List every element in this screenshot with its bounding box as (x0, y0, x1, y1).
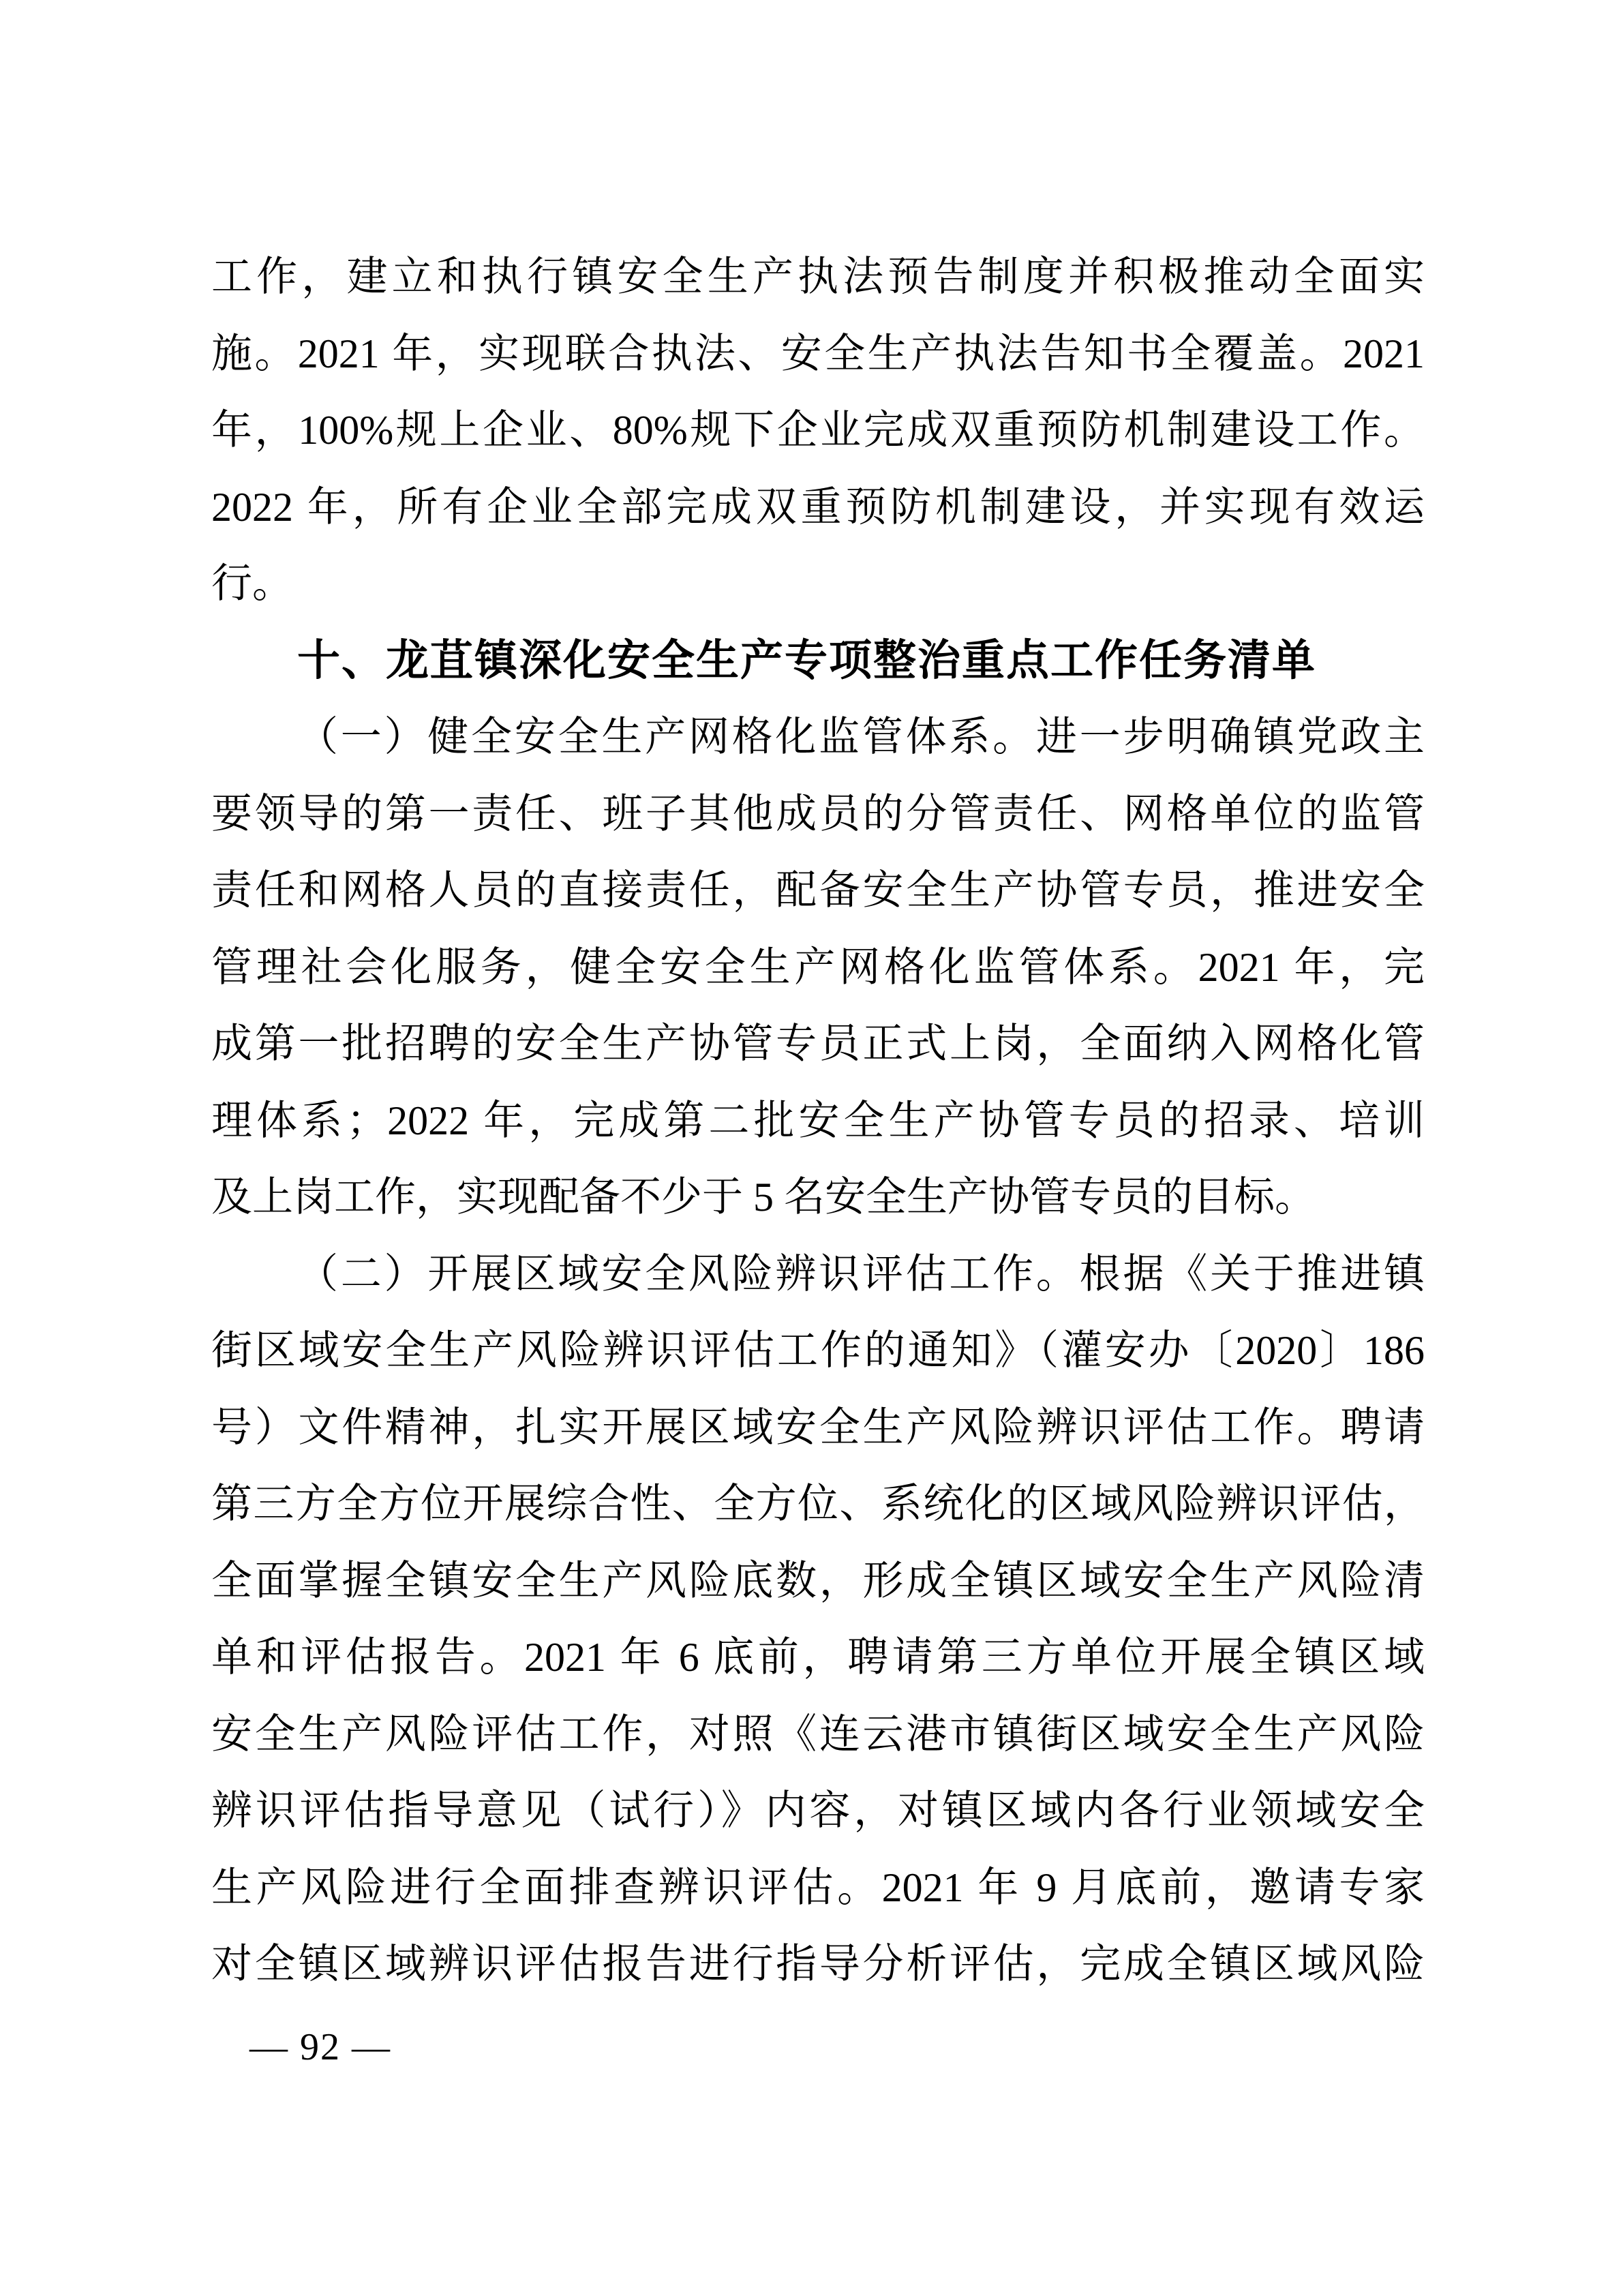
text-line: （一）健全安全生产网格化监管体系。进一步明确镇党政主 (211, 699, 1425, 776)
text-line: 辨识评估指导意见（试行）》内容，对镇区域内各行业领域安全 (211, 1772, 1425, 1849)
item-title: （一）健全安全生产网格化监管体系。 (297, 714, 1036, 759)
text-line: 对全镇区域辨识评估报告进行指导分析评估，完成全镇区域风险 (211, 1926, 1425, 2003)
text-line: 号）文件精神，扎实开展区域安全生产风险辨识评估工作。聘请 (211, 1389, 1425, 1466)
line-text: 第三方全方位开展综合性、全方位、系统化的区域风险辨识评估， (211, 1481, 1425, 1526)
text-line: 单和评估报告。2021 年 6 底前，聘请第三方单位开展全镇区域 (211, 1619, 1425, 1696)
line-text: 成第一批招聘的安全生产协管专员正式上岗，全面纳入网格化管 (211, 1021, 1425, 1066)
section-heading: 十、龙苴镇深化安全生产专项整治重点工作任务清单 (211, 622, 1425, 699)
line-text: 行。 (211, 561, 293, 606)
text-line: 成第一批招聘的安全生产协管专员正式上岗，全面纳入网格化管 (211, 1006, 1425, 1083)
text-line: 要领导的第一责任、班子其他成员的分管责任、网格单位的监管 (211, 776, 1425, 853)
line-text: 十、龙苴镇深化安全生产专项整治重点工作任务清单 (297, 637, 1316, 684)
text-line: 街区域安全生产风险辨识评估工作的通知》（灌安办〔2020〕186 (211, 1312, 1425, 1389)
text-line: 行。 (211, 545, 1425, 622)
line-text: 要领导的第一责任、班子其他成员的分管责任、网格单位的监管 (211, 791, 1425, 836)
line-text: 对全镇区域辨识评估报告进行指导分析评估，完成全镇区域风险 (211, 1942, 1425, 1987)
text-line: 全面掌握全镇安全生产风险底数，形成全镇区域安全生产风险清 (211, 1543, 1425, 1620)
line-text: 管理社会化服务，健全安全生产网格化监管体系。2021 年，完 (211, 945, 1425, 990)
line-text: 责任和网格人员的直接责任，配备安全生产协管专员，推进安全 (211, 868, 1425, 913)
line-text: 2022 年，所有企业全部完成双重预防机制建设，并实现有效运 (211, 485, 1425, 530)
line-text: 工作，建立和执行镇安全生产执法预告制度并积极推动全面实 (211, 254, 1425, 299)
line-text: 辨识评估指导意见（试行）》内容，对镇区域内各行业领域安全 (211, 1788, 1425, 1833)
page-number: — 92 — (249, 2026, 391, 2068)
item-title: （二）开展区域安全风险辨识评估工作。 (297, 1252, 1080, 1297)
text-line: 及上岗工作，实现配备不少于 5 名安全生产协管专员的目标。 (211, 1159, 1425, 1236)
line-text: 及上岗工作，实现配备不少于 5 名安全生产协管专员的目标。 (211, 1175, 1316, 1220)
text-line: 生产风险进行全面排查辨识评估。2021 年 9 月底前，邀请专家 (211, 1849, 1425, 1927)
line-text: 全面掌握全镇安全生产风险底数，形成全镇区域安全生产风险清 (211, 1558, 1425, 1603)
line-text: 理体系；2022 年，完成第二批安全生产协管专员的招录、培训 (211, 1098, 1425, 1143)
text-line: 理体系；2022 年，完成第二批安全生产协管专员的招录、培训 (211, 1083, 1425, 1160)
text-line: 管理社会化服务，健全安全生产网格化监管体系。2021 年，完 (211, 929, 1425, 1006)
line-text: 街区域安全生产风险辨识评估工作的通知》（灌安办〔2020〕186 (211, 1328, 1425, 1373)
text-line: 责任和网格人员的直接责任，配备安全生产协管专员，推进安全 (211, 852, 1425, 929)
document-page: 工作，建立和执行镇安全生产执法预告制度并积极推动全面实施。2021 年，实现联合… (0, 0, 1623, 2296)
line-text: 生产风险进行全面排查辨识评估。2021 年 9 月底前，邀请专家 (211, 1865, 1425, 1910)
line-text: 年，100%规上企业、80%规下企业完成双重预防机制建设工作。 (211, 408, 1425, 453)
text-line: 第三方全方位开展综合性、全方位、系统化的区域风险辨识评估， (211, 1466, 1425, 1543)
line-text: 进一步明确镇党政主 (1036, 714, 1425, 759)
line-text: 施。2021 年，实现联合执法、安全生产执法告知书全覆盖。2021 (211, 331, 1425, 376)
line-text: 单和评估报告。2021 年 6 底前，聘请第三方单位开展全镇区域 (211, 1635, 1425, 1680)
text-line: 工作，建立和执行镇安全生产执法预告制度并积极推动全面实 (211, 239, 1425, 316)
text-line: 施。2021 年，实现联合执法、安全生产执法告知书全覆盖。2021 (211, 316, 1425, 393)
line-text: 安全生产风险评估工作，对照《连云港市镇街区域安全生产风险 (211, 1712, 1425, 1757)
line-text: 号）文件精神，扎实开展区域安全生产风险辨识评估工作。聘请 (211, 1405, 1425, 1450)
text-block: 工作，建立和执行镇安全生产执法预告制度并积极推动全面实施。2021 年，实现联合… (211, 239, 1425, 2003)
text-line: 年，100%规上企业、80%规下企业完成双重预防机制建设工作。 (211, 392, 1425, 469)
text-line: 安全生产风险评估工作，对照《连云港市镇街区域安全生产风险 (211, 1696, 1425, 1773)
text-line: （二）开展区域安全风险辨识评估工作。根据《关于推进镇 (211, 1236, 1425, 1313)
text-line: 2022 年，所有企业全部完成双重预防机制建设，并实现有效运 (211, 469, 1425, 546)
line-text: 根据《关于推进镇 (1080, 1252, 1425, 1297)
